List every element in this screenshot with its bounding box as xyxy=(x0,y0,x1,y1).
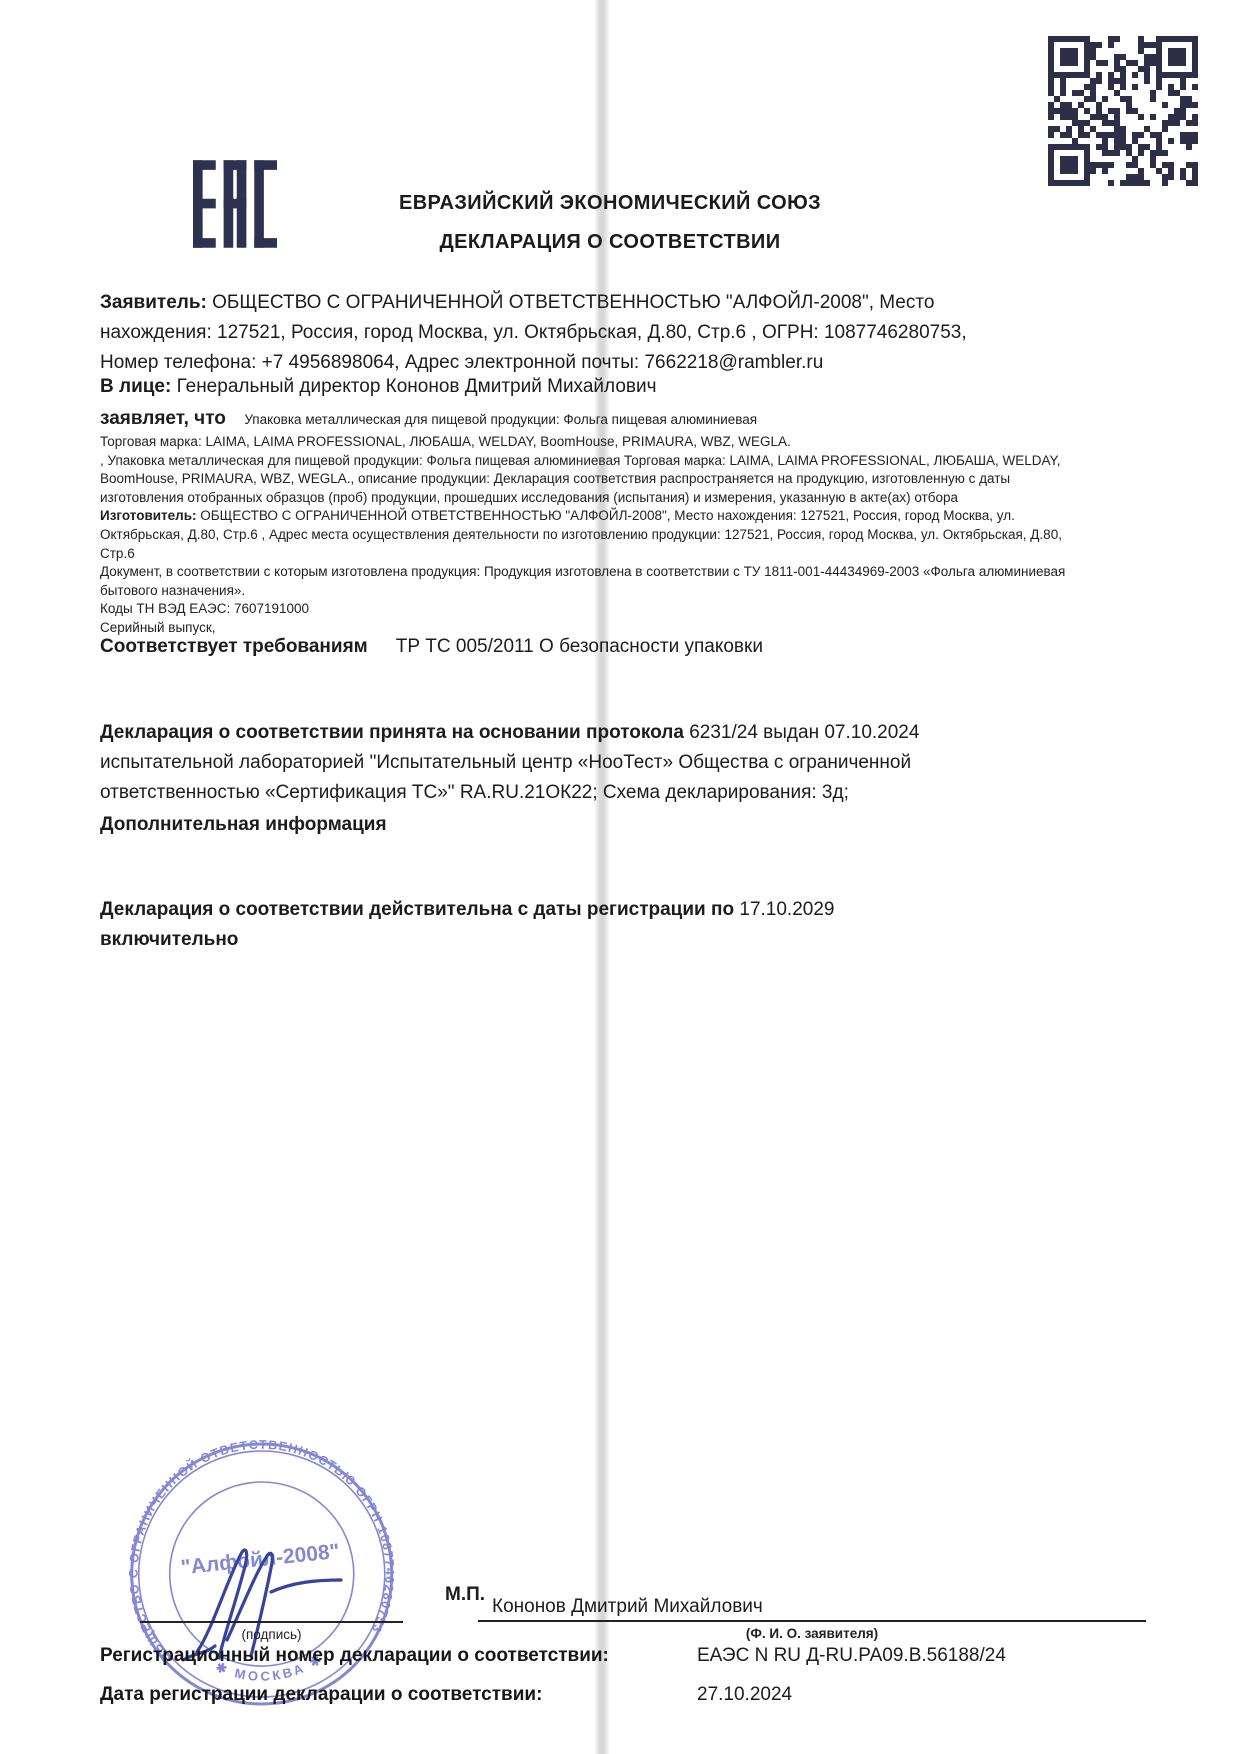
basis-label: Декларация о соответствии принята на осн… xyxy=(100,722,684,743)
registration-date-value: 27.10.2024 xyxy=(697,1684,792,1706)
declaration-document: ЕВРАЗИЙСКИЙ ЭКОНОМИЧЕСКИЙ СОЮЗ ДЕКЛАРАЦИ… xyxy=(0,0,1240,1754)
basis-line-1: Декларация о соответствии принята на осн… xyxy=(100,718,919,748)
person-value: Генеральный директор Кононов Дмитрий Мих… xyxy=(171,376,656,397)
fio-value: Кононов Дмитрий Михайлович xyxy=(492,1592,763,1622)
manufacturer-text-1: ОБЩЕСТВО С ОГРАНИЧЕННОЙ ОТВЕТСТВЕННОСТЬЮ… xyxy=(197,508,1015,523)
eac-logo-svg xyxy=(193,158,277,250)
validity-suffix: включительно xyxy=(100,925,834,955)
validity-label: Декларация о соответствии действительна … xyxy=(100,899,734,920)
description-line-3: изготовления отобранных образцов (проб) … xyxy=(100,489,1065,508)
applicant-label: Заявитель: xyxy=(100,292,207,313)
person-label: В лице: xyxy=(100,376,171,397)
validity-value: 17.10.2029 xyxy=(734,899,834,920)
basis-value: 6231/24 выдан 07.10.2024 xyxy=(684,722,920,743)
validity-block: Декларация о соответствии действительна … xyxy=(100,895,834,955)
validity-line-1: Декларация о соответствии действительна … xyxy=(100,895,834,925)
tnved-line: Коды ТН ВЭД ЕАЭС: 7607191000 xyxy=(100,600,1065,619)
eac-logo-icon xyxy=(193,158,277,255)
compliance-line: Соответствует требованиямТР ТС 005/2011 … xyxy=(100,632,763,662)
scan-stripe-artifact xyxy=(594,0,610,1754)
signature-caption: (подпись) xyxy=(140,1627,403,1642)
additional-info-label: Дополнительная информация xyxy=(100,810,387,840)
registration-number-label: Регистрационный номер декларации о соотв… xyxy=(100,1645,609,1667)
registration-number-value: ЕАЭС N RU Д-RU.РА09.В.56188/24 xyxy=(697,1645,1006,1667)
brand-line: Торговая марка: LAIMA, LAIMA PROFESSIONA… xyxy=(100,433,1065,452)
qr-code-icon xyxy=(1048,36,1198,186)
declares-label: заявляет, что xyxy=(100,408,226,429)
applicant-paragraph: Заявитель: ОБЩЕСТВО С ОГРАНИЧЕННОЙ ОТВЕТ… xyxy=(100,288,967,378)
manufacturer-line-3: Стр.6 xyxy=(100,545,1065,564)
basis-block: Декларация о соответствии принята на осн… xyxy=(100,718,919,808)
signature-line xyxy=(140,1621,403,1623)
description-line-1: , Упаковка металлическая для пищевой про… xyxy=(100,452,1065,471)
document-basis-line-1: Документ, в соответствии с которым изгот… xyxy=(100,563,1065,582)
document-basis-line-2: бытового назначения». xyxy=(100,582,1065,601)
applicant-line: Заявитель: ОБЩЕСТВО С ОГРАНИЧЕННОЙ ОТВЕТ… xyxy=(100,288,967,318)
basis-line-2: испытательной лабораторией "Испытательны… xyxy=(100,748,919,778)
applicant-text-2: нахождения: 127521, Россия, город Москва… xyxy=(100,318,967,348)
fio-caption: (Ф. И. О. заявителя) xyxy=(478,1626,1146,1641)
product-text: Упаковка металлическая для пищевой проду… xyxy=(244,412,757,427)
union-title: ЕВРАЗИЙСКИЙ ЭКОНОМИЧЕСКИЙ СОЮЗ xyxy=(350,192,870,215)
description-line-2: BoomHouse, PRIMAURA, WBZ, WEGLA., описан… xyxy=(100,470,1065,489)
declares-block: заявляет, что Упаковка металлическая для… xyxy=(100,408,1065,638)
manufacturer-label: Изготовитель: xyxy=(100,508,197,523)
compliance-value: ТР ТС 005/2011 О безопасности упаковки xyxy=(396,636,763,657)
registration-date-label: Дата регистрации декларации о соответств… xyxy=(100,1684,542,1706)
fio-line xyxy=(478,1620,1146,1622)
document-title: ДЕКЛАРАЦИЯ О СООТВЕТСТВИИ xyxy=(350,231,870,254)
person-line: В лице: Генеральный директор Кононов Дми… xyxy=(100,372,657,402)
manufacturer-line-2: Октябрьская, Д.80, Стр.6 , Адрес места о… xyxy=(100,526,1065,545)
compliance-label: Соответствует требованиям xyxy=(100,636,368,657)
declares-first-row: заявляет, что Упаковка металлическая для… xyxy=(100,408,1065,430)
basis-line-3: ответственностью «Сертификация ТС»" RA.R… xyxy=(100,778,919,808)
manufacturer-line-1: Изготовитель: ОБЩЕСТВО С ОГРАНИЧЕННОЙ ОТ… xyxy=(100,507,1065,526)
mp-label: М.П. xyxy=(445,1580,485,1610)
applicant-text-1: ОБЩЕСТВО С ОГРАНИЧЕННОЙ ОТВЕТСТВЕННОСТЬЮ… xyxy=(207,292,935,313)
